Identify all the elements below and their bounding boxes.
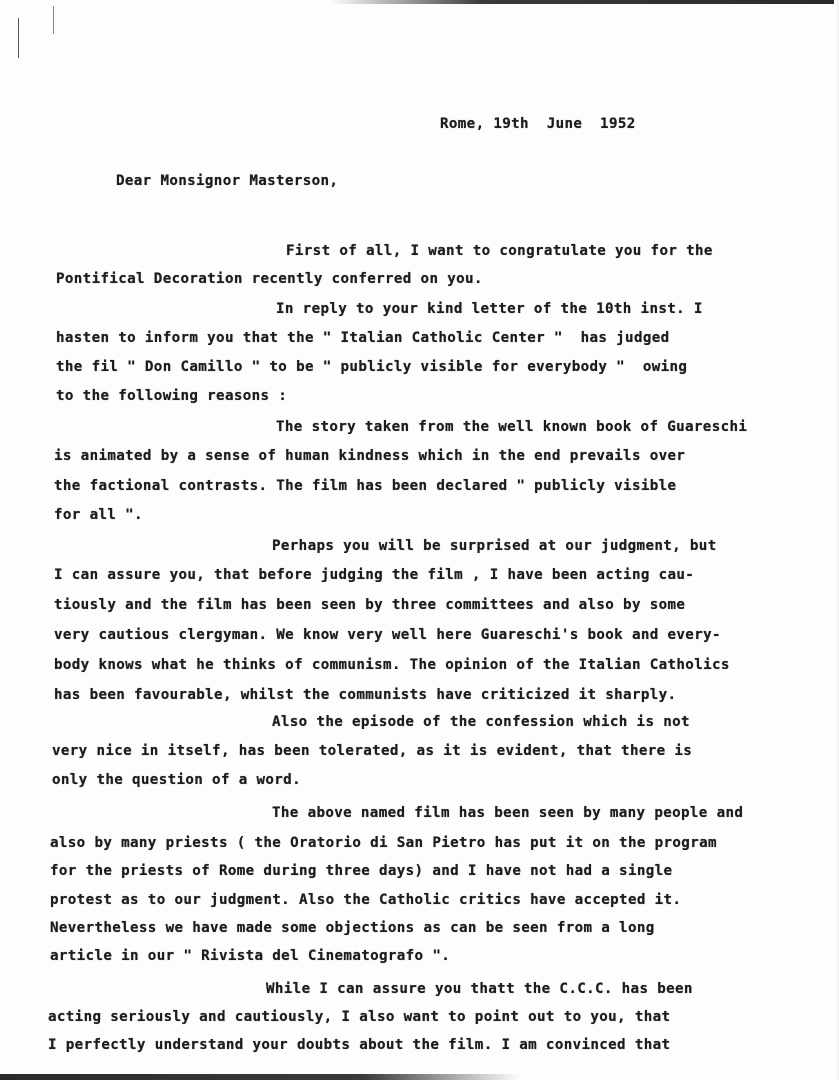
margin-mark xyxy=(18,18,19,58)
body-line: for all ". xyxy=(54,506,143,524)
dateline: Rome, 19th June 1952 xyxy=(440,115,636,133)
body-line: Pontifical Decoration recently conferred… xyxy=(56,270,483,288)
body-line: I can assure you, that before judging th… xyxy=(54,566,694,584)
body-line: article in our " Rivista del Cinematogra… xyxy=(50,947,450,965)
scan-edge-bottom xyxy=(0,1074,520,1080)
body-line: The story taken from the well known book… xyxy=(276,418,747,436)
body-line: In reply to your kind letter of the 10th… xyxy=(276,300,703,318)
body-line: First of all, I want to congratulate you… xyxy=(286,242,713,260)
salutation: Dear Monsignor Masterson, xyxy=(116,172,338,190)
body-line: the factional contrasts. The film has be… xyxy=(54,477,676,495)
body-line: Also the episode of the confession which… xyxy=(272,713,690,731)
body-line: While I can assure you thatt the C.C.C. … xyxy=(266,980,693,998)
body-line: very nice in itself, has been tolerated,… xyxy=(52,742,692,760)
body-line: for the priests of Rome during three day… xyxy=(50,862,672,880)
scan-edge-right xyxy=(834,0,839,1080)
body-line: tiously and the film has been seen by th… xyxy=(54,596,685,614)
body-line: acting seriously and cautiously, I also … xyxy=(48,1008,670,1026)
body-line: I perfectly understand your doubts about… xyxy=(48,1036,670,1054)
body-line: the fil " Don Camillo " to be " publicly… xyxy=(56,358,687,376)
margin-mark xyxy=(53,6,54,34)
body-line: protest as to our judgment. Also the Cat… xyxy=(50,891,681,909)
body-line: Perhaps you will be surprised at our jud… xyxy=(272,537,717,555)
scan-edge-top xyxy=(330,0,839,4)
letter-page: Rome, 19th June 1952 Dear Monsignor Mast… xyxy=(0,0,839,1080)
body-line: also by many priests ( the Oratorio di S… xyxy=(50,834,717,852)
body-line: only the question of a word. xyxy=(52,771,301,789)
body-line: to the following reasons : xyxy=(56,387,287,405)
body-line: has been favourable, whilst the communis… xyxy=(54,686,676,704)
body-line: very cautious clergyman. We know very we… xyxy=(54,626,721,644)
body-line: is animated by a sense of human kindness… xyxy=(54,447,685,465)
body-line: hasten to inform you that the " Italian … xyxy=(56,329,670,347)
body-line: The above named film has been seen by ma… xyxy=(272,804,743,822)
body-line: body knows what he thinks of communism. … xyxy=(54,656,730,674)
body-line: Nevertheless we have made some objection… xyxy=(50,919,655,937)
